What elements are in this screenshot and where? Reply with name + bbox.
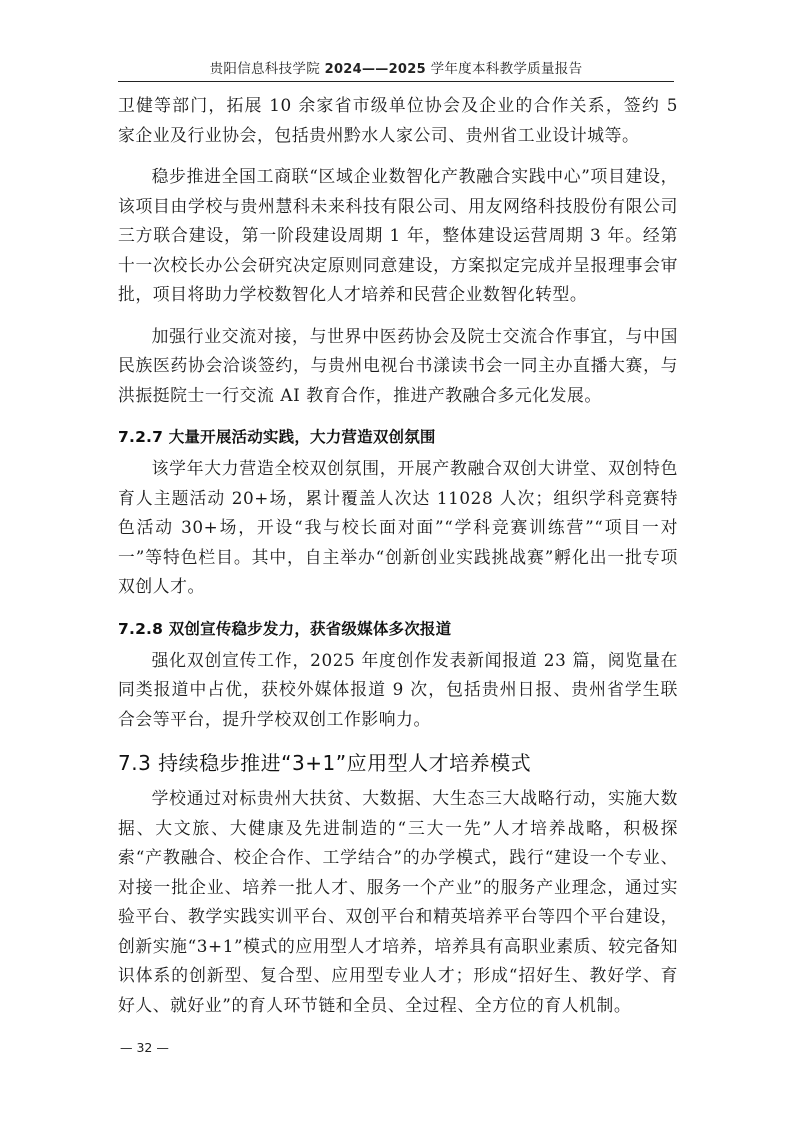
header-title-suffix: 学年度本科教学质量报告 [426,61,582,77]
paragraph-practice-center: 稳步推进全国工商联“区域企业数智化产教融合实践中心”项目建设，该项目由学校与贵州… [118,162,678,310]
paragraph-activities: 该学年大力营造全校双创氛围，开展产教融合双创大讲堂、双创特色育人主题活动 20+… [118,454,678,602]
paragraph-3plus1-model: 学校通过对标贵州大扶贫、大数据、大生态三大战略行动，实施大数据、大文旅、大健康及… [118,784,678,1020]
subheading-7-2-7: 7.2.7 大量开展活动实践，大力营造双创氛围 [118,422,678,452]
header-academic-years: 2024——2025 [325,62,426,77]
page-body: 卫健等部门，拓展 10 余家省市级单位协会及企业的合作关系，签约 5 家企业及行… [118,91,678,1032]
page-number: — 32 — [120,1040,169,1055]
subheading-7-2-8: 7.2.8 双创宣传稳步发力，获省级媒体多次报道 [118,614,678,644]
section-heading-7-3: 7.3 持续稳步推进“3+1”应用型人才培养模式 [118,746,678,780]
header-divider [118,81,674,82]
paragraph-publicity: 强化双创宣传工作，2025 年度创作发表新闻报道 23 篇，阅览量在同类报道中占… [118,646,678,735]
paragraph-industry-exchange: 加强行业交流对接，与世界中医药协会及院士交流合作事宜，与中国民族医药协会洽谈签约… [118,322,678,411]
paragraph-cooperation-continued: 卫健等部门，拓展 10 余家省市级单位协会及企业的合作关系，签约 5 家企业及行… [118,91,678,150]
running-header: 贵阳信息科技学院 2024——2025 学年度本科教学质量报告 [118,58,674,80]
header-title-prefix: 贵阳信息科技学院 [210,61,325,77]
